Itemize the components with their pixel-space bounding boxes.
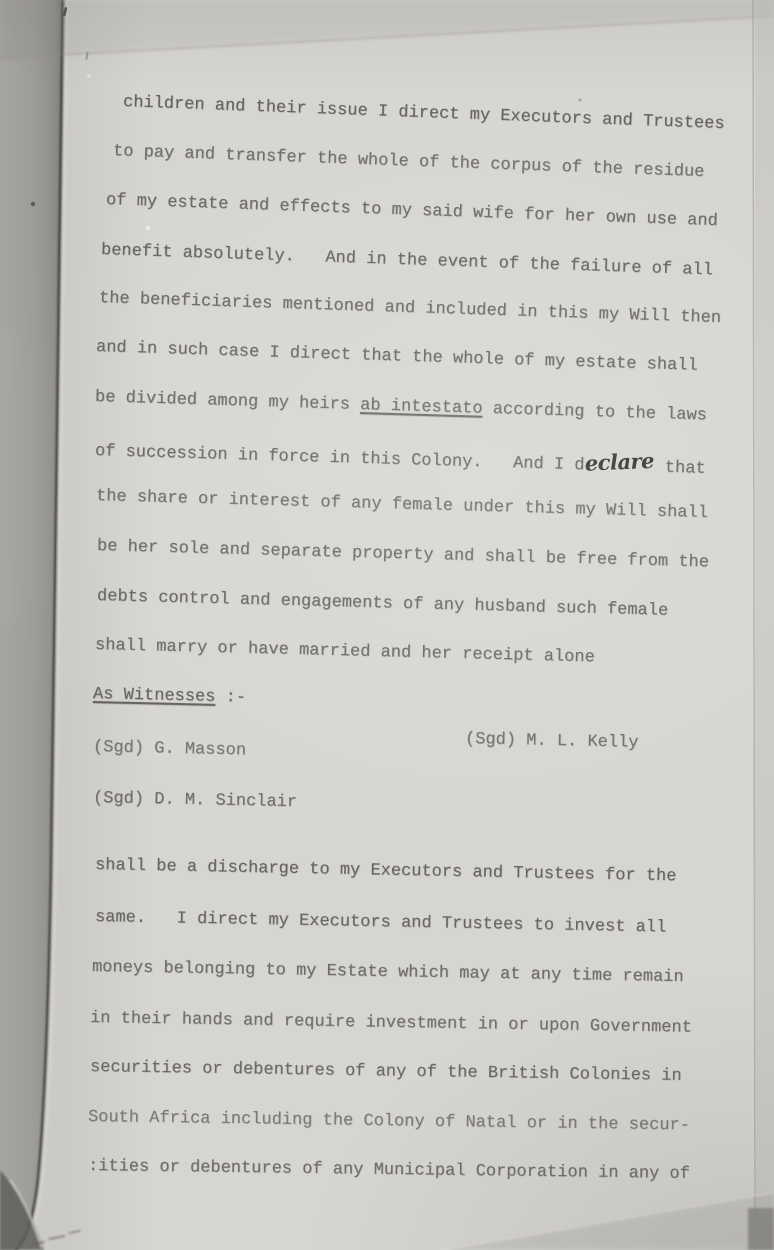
text-segment: to pay and transfer the whole of the cor… bbox=[113, 142, 705, 182]
document-line: in their hands and require investment in… bbox=[90, 1008, 692, 1040]
document-line: debts control and engagements of any hus… bbox=[97, 586, 669, 623]
text-segment: same. I direct my Executors and Trustees… bbox=[95, 908, 667, 937]
document-line: benefit absolutely. And in the event of … bbox=[101, 240, 714, 282]
text-segment: (Sgd) M. L. Kelly bbox=[465, 730, 639, 753]
text-segment: moneys belonging to my Estate which may … bbox=[92, 958, 684, 987]
document-line: (Sgd) D. M. Sinclair bbox=[93, 788, 297, 814]
document-line: securities or debentures of any of the B… bbox=[90, 1057, 682, 1088]
document-line: to pay and transfer the whole of the cor… bbox=[113, 141, 705, 184]
text-segment: be divided among my heirs bbox=[95, 388, 361, 415]
text-segment: in their hands and require investment in… bbox=[90, 1009, 692, 1038]
document-line: same. I direct my Executors and Trustees… bbox=[95, 907, 667, 939]
text-segment: debts control and engagements of any hus… bbox=[97, 587, 669, 621]
text-segment: of my estate and effects to my said wife… bbox=[106, 191, 718, 231]
document-line: South Africa including the Colony of Nat… bbox=[88, 1107, 690, 1137]
document-line: (Sgd) G. Masson bbox=[93, 737, 246, 762]
text-segment: and in such case I direct that the whole… bbox=[96, 338, 698, 376]
text-segment: South Africa including the Colony of Nat… bbox=[88, 1108, 690, 1135]
underlined-text: ab intestato bbox=[360, 396, 483, 419]
document-line: shall be a discharge to my Executors and… bbox=[95, 855, 677, 888]
text-segment: (Sgd) G. Masson bbox=[93, 738, 246, 760]
text-segment: (Sgd) D. M. Sinclair bbox=[93, 789, 297, 812]
document-line: shall marry or have married and her rece… bbox=[95, 635, 595, 669]
text-segment: shall be a discharge to my Executors and… bbox=[95, 856, 677, 886]
text-segment: children and their issue I direct my Exe… bbox=[123, 93, 725, 134]
text-segment: shall marry or have married and her rece… bbox=[95, 636, 595, 667]
text-segment: :- bbox=[215, 688, 246, 708]
text-segment: of succession in force in this Colony. A… bbox=[95, 442, 585, 475]
document-line: moneys belonging to my Estate which may … bbox=[92, 957, 684, 989]
document-line: As Witnesses :- bbox=[93, 684, 247, 710]
underlined-text: As Witnesses bbox=[93, 685, 216, 707]
scanned-will-page: children and their issue I direct my Exe… bbox=[0, 0, 774, 1250]
text-segment: the share or interest of any female unde… bbox=[96, 487, 708, 523]
text-segment: benefit absolutely. And in the event of … bbox=[101, 241, 713, 280]
typewritten-text-layer: children and their issue I direct my Exe… bbox=[0, 0, 774, 1250]
text-segment: that bbox=[654, 458, 706, 478]
text-segment: securities or debentures of any of the B… bbox=[90, 1058, 682, 1086]
document-line: of succession in force in this Colony. A… bbox=[95, 437, 706, 481]
document-line: children and their issue I direct my Exe… bbox=[123, 92, 725, 136]
document-line: and in such case I direct that the whole… bbox=[96, 337, 698, 378]
document-line: be divided among my heirs ab intestato a… bbox=[95, 387, 707, 427]
text-segment: the beneficiaries mentioned and included… bbox=[99, 289, 722, 328]
document-line: (Sgd) M. L. Kelly bbox=[465, 729, 639, 755]
handwritten-word: eclare bbox=[584, 450, 654, 475]
document-line: be her sole and separate property and sh… bbox=[97, 536, 709, 574]
document-line: the beneficiaries mentioned and included… bbox=[99, 288, 722, 330]
document-line: the share or interest of any female unde… bbox=[96, 486, 708, 525]
document-line: :ities or debentures of any Municipal Co… bbox=[88, 1156, 690, 1186]
text-segment: be her sole and separate property and sh… bbox=[97, 537, 709, 572]
text-segment: according to the laws bbox=[482, 400, 707, 426]
text-segment: :ities or debentures of any Municipal Co… bbox=[88, 1157, 690, 1184]
document-line: of my estate and effects to my said wife… bbox=[106, 190, 719, 233]
